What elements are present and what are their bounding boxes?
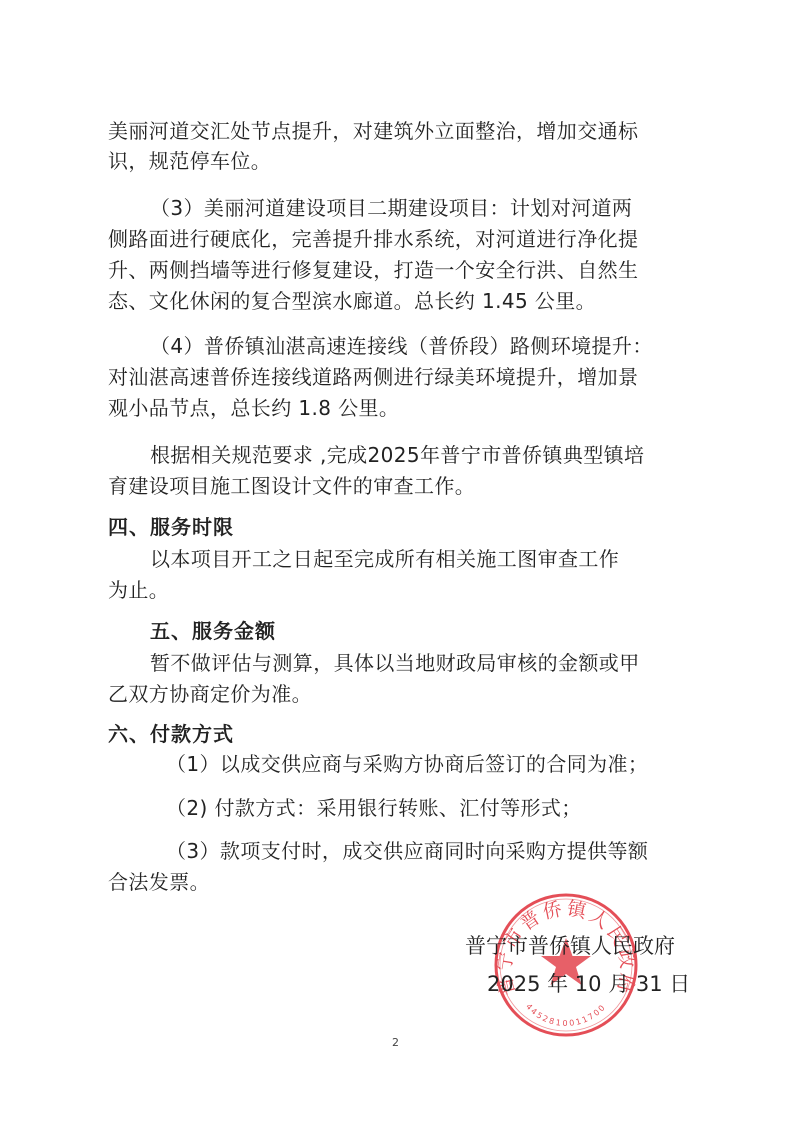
text-line: 升、两侧挡墙等进行修复建设，打造一个安全行洪、自然生	[108, 258, 638, 282]
text-line: 合法发票。	[108, 870, 210, 894]
text-line: （2) 付款方式：采用银行转账、汇付等形式；	[166, 796, 582, 820]
page-number: 2	[392, 1036, 399, 1049]
text-line: 识，规范停车位。	[108, 149, 271, 173]
document-page: 美丽河道交汇处节点提升，对建筑外立面整治，增加交通标识，规范停车位。（3）美丽河…	[0, 0, 793, 1122]
text-line: 对汕湛高速普侨连接线道路两侧进行绿美环境提升，增加景	[108, 365, 638, 389]
text-line: 观小品节点，总长约 1.8 公里。	[108, 396, 399, 420]
text-line: 态、文化休闲的复合型滨水廊道。总长约 1.45 公里。	[108, 289, 596, 313]
text-line: （4）普侨镇汕湛高速连接线（普侨段）路侧环境提升：	[150, 334, 653, 358]
text-line: 以本项目开工之日起至完成所有相关施工图审查工作	[150, 547, 619, 571]
text-line: （3）美丽河道建设项目二期建设项目：计划对河道两	[150, 196, 632, 220]
signature-organization: 普宁市普侨镇人民政府	[465, 933, 675, 959]
text-line: 为止。	[108, 578, 169, 602]
text-line: 根据相关规范要求 ,完成2025年普宁市普侨镇典型镇培	[150, 443, 644, 467]
official-seal-icon: 普宁市普侨镇人民政府 4452810011700	[491, 890, 641, 1040]
signature-date: 2025 年 10 月 31 日	[487, 971, 690, 997]
text-line: 育建设项目施工图设计文件的审查工作。	[108, 474, 475, 498]
section-heading: 四、服务时限	[108, 515, 234, 539]
section-heading: 五、服务金额	[150, 619, 276, 643]
text-line: 乙双方协商定价为准。	[108, 682, 312, 706]
text-line: （3）款项支付时，成交供应商同时向采购方提供等额	[166, 839, 648, 863]
text-line: 美丽河道交汇处节点提升，对建筑外立面整治，增加交通标	[108, 119, 638, 143]
text-line: （1）以成交供应商与采购方协商后签订的合同为准；	[166, 752, 648, 776]
text-line: 侧路面进行硬底化，完善提升排水系统，对河道进行净化提	[108, 227, 638, 251]
text-line: 暂不做评估与测算，具体以当地财政局审核的金额或甲	[150, 651, 640, 675]
section-heading: 六、付款方式	[108, 722, 234, 746]
